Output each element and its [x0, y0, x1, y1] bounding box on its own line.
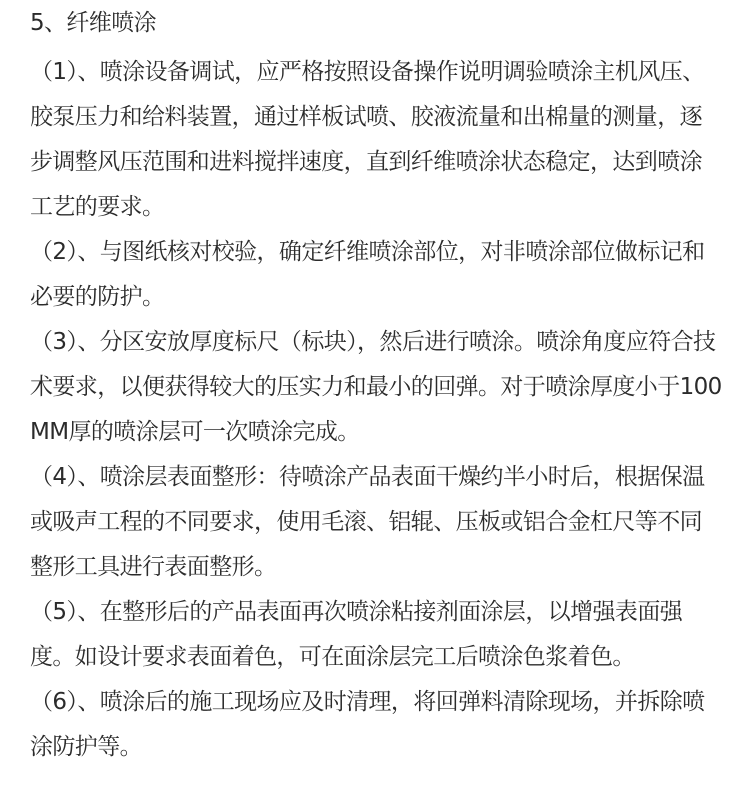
paragraph-step-6: （6）、喷涂后的施工现场应及时清理，将回弹料清除现场，并拆除喷涂防护等。	[30, 680, 722, 770]
paragraph-step-2: （2）、与图纸核对校验，确定纤维喷涂部位，对非喷涂部位做标记和必要的防护。	[30, 230, 722, 320]
paragraph-step-4: （4）、喷涂层表面整形：待喷涂产品表面干燥约半小时后，根据保温或吸声工程的不同要…	[30, 455, 722, 590]
document: 5、纤维喷涂 （1）、喷涂设备调试，应严格按照设备操作说明调验喷涂主机风压、胶泵…	[0, 0, 750, 770]
section-heading: 5、纤维喷涂	[30, 4, 722, 42]
paragraph-step-1: （1）、喷涂设备调试，应严格按照设备操作说明调验喷涂主机风压、胶泵压力和给料装置…	[30, 50, 722, 230]
paragraph-step-3: （3）、分区安放厚度标尺（标块），然后进行喷涂。喷涂角度应符合技术要求，以便获得…	[30, 320, 722, 455]
paragraph-step-5: （5）、在整形后的产品表面再次喷涂粘接剂面涂层，以增强表面强度。如设计要求表面着…	[30, 590, 722, 680]
